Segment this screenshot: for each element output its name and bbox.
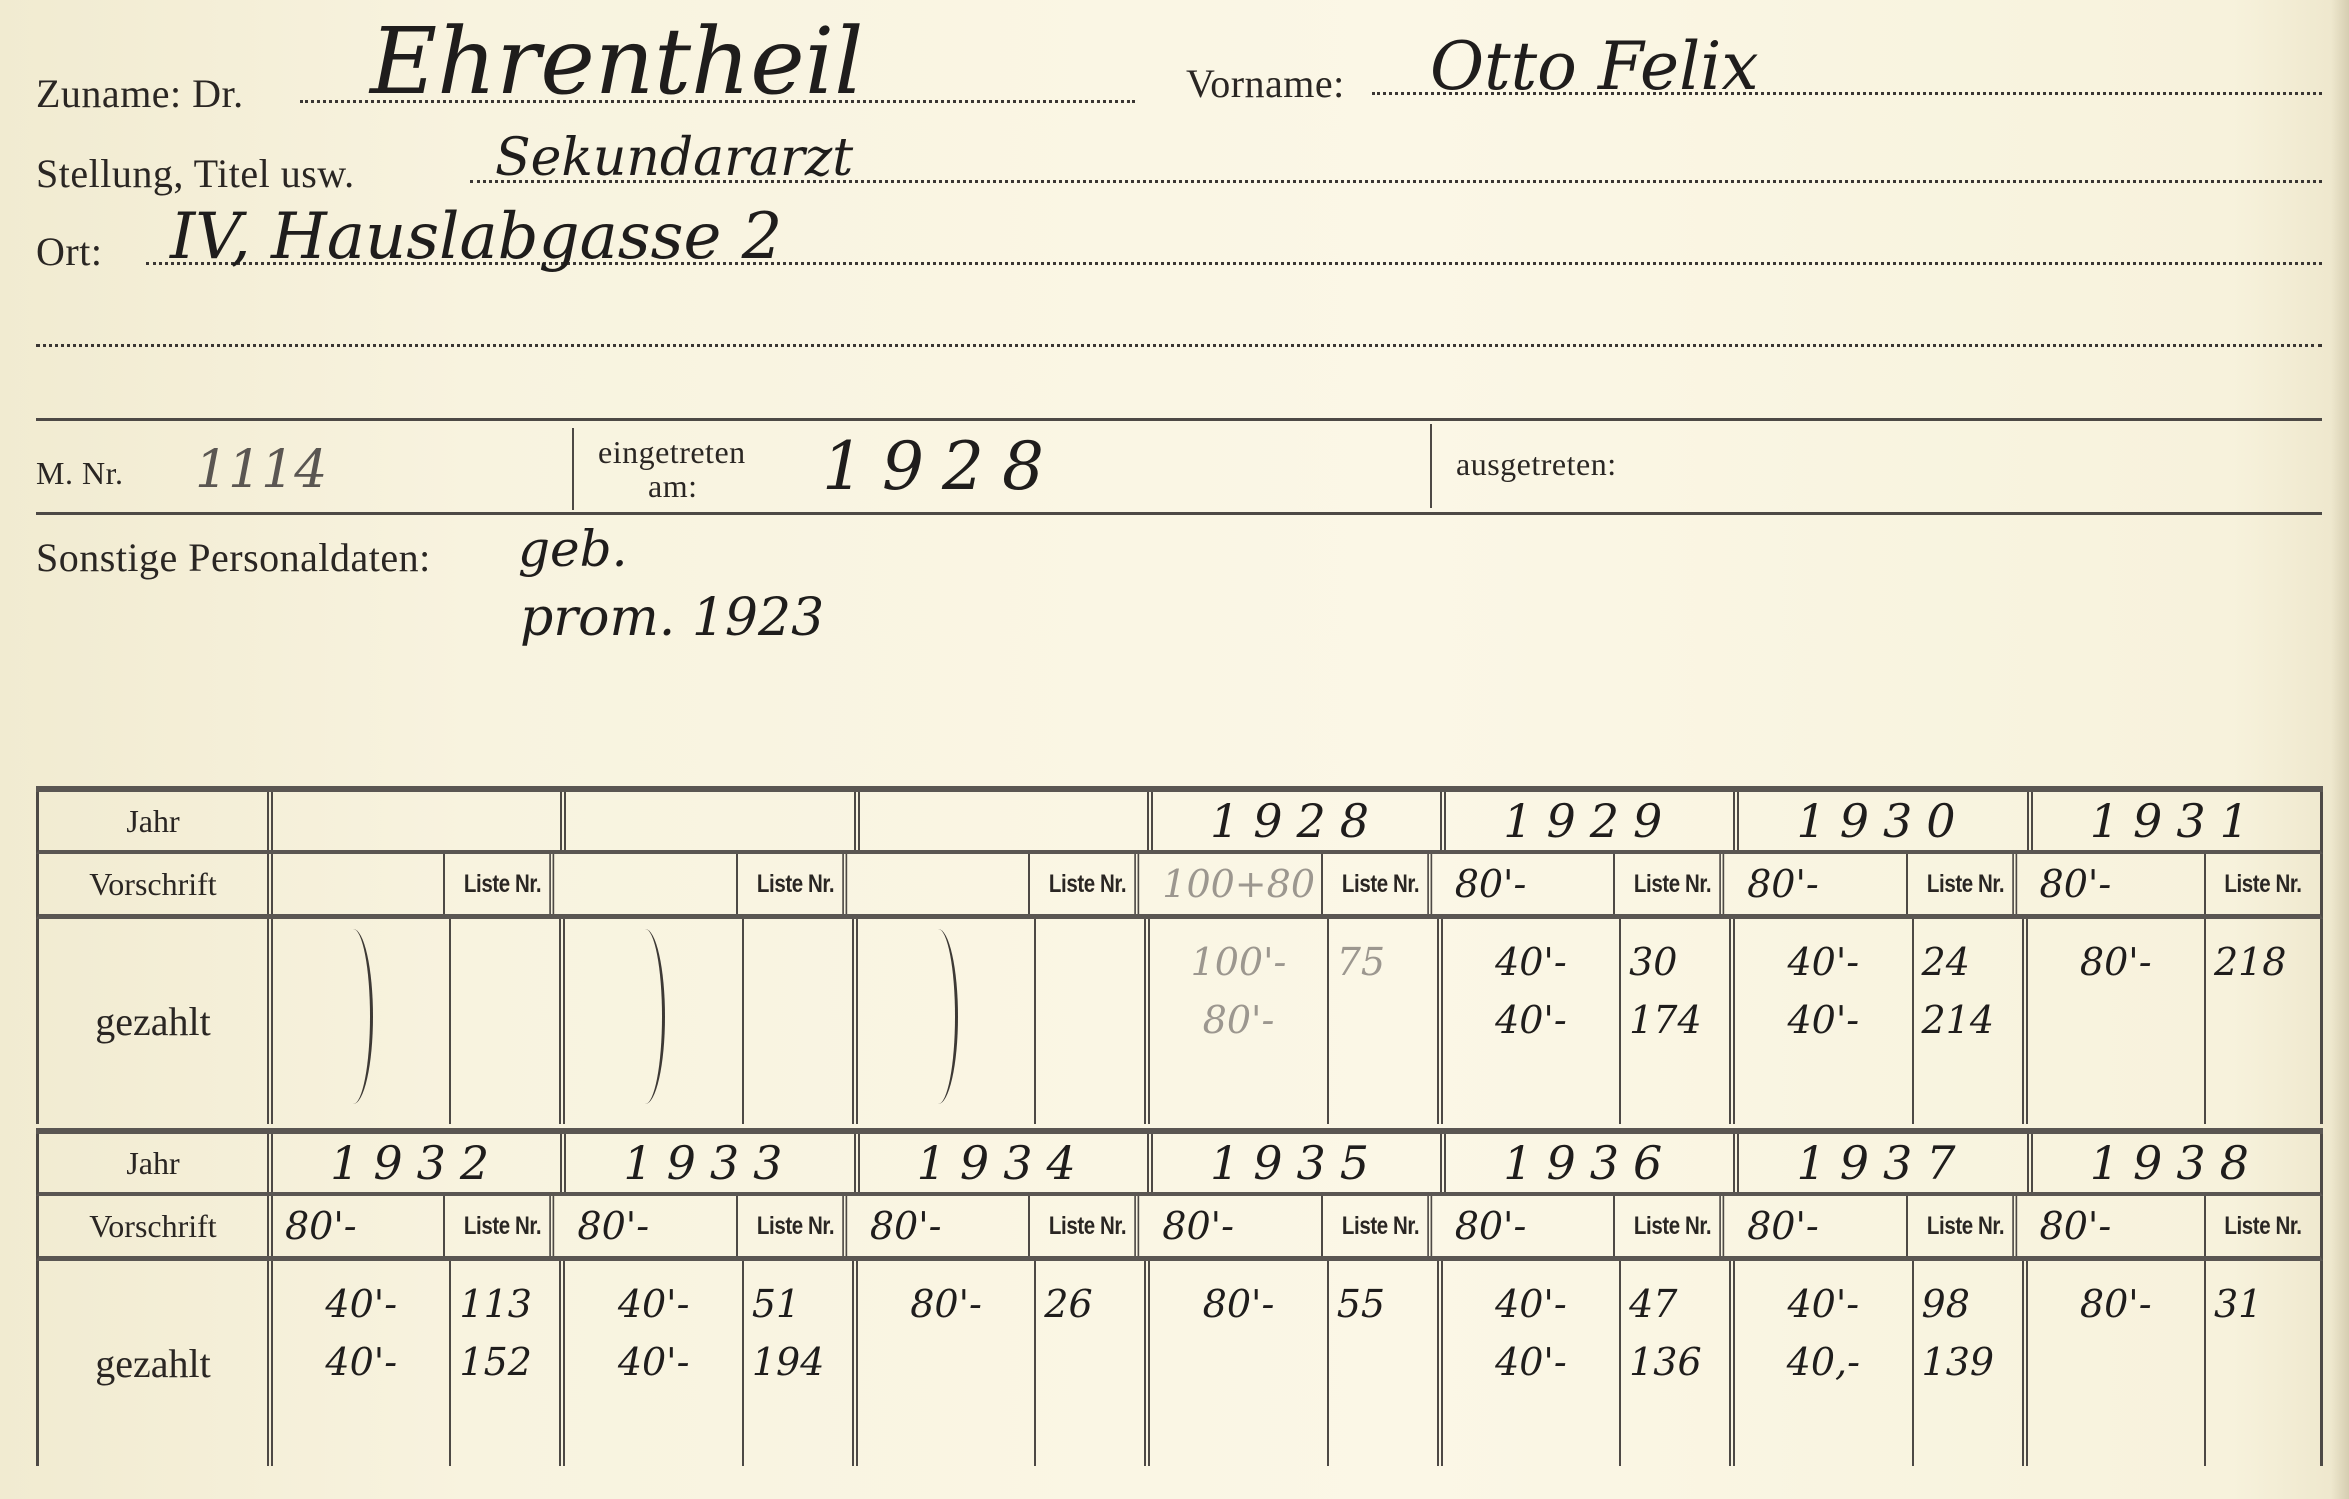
vorschrift-amount-cell: 80'-: [273, 1196, 445, 1256]
year-cell: 1933: [566, 1134, 859, 1192]
year-value: 1938: [2090, 1136, 2263, 1190]
rule-top: [36, 418, 2322, 421]
gezahlt-amount: 80'-: [2080, 1275, 2152, 1333]
gezahlt-liste-cell: 218: [2206, 919, 2320, 1124]
liste-number: 152: [459, 1333, 532, 1391]
vorschrift-amount: 80'-: [577, 1204, 649, 1248]
gezahlt-cell: 40'-40'-113152: [273, 1261, 565, 1466]
gezahlt-cell: 40'-40'-30174: [1443, 919, 1735, 1124]
vorschrift-amount: 100+80: [1162, 862, 1315, 906]
gezahlt-amount: 40,-: [1787, 1333, 1860, 1391]
gezahlt-amount-cell: 40'-40'-: [273, 1261, 451, 1466]
gezahlt-liste-cell: 30174: [1621, 919, 1735, 1124]
year-cell: 1934: [860, 1134, 1153, 1192]
strike-brace: [632, 929, 665, 1104]
gezahlt-amount: 80'-: [1203, 1275, 1275, 1333]
vorschrift-amount-cell: 80'-: [1443, 854, 1615, 914]
vorschrift-amount-cell: 80'-: [1150, 1196, 1322, 1256]
gezahlt-liste-cell: 51194: [744, 1261, 858, 1466]
year-cell: 1937: [1739, 1134, 2032, 1192]
zuname-label: Zuname: Dr.: [36, 70, 244, 117]
vorschrift-cell: 100+80Liste Nr.: [1150, 854, 1442, 914]
vorschrift-amount-cell: [565, 854, 737, 914]
stellung-label: Stellung, Titel usw.: [36, 150, 355, 197]
vorschrift-cell: Liste Nr.: [565, 854, 857, 914]
gezahlt-amount-cell: 80'-: [2028, 919, 2206, 1124]
gezahlt-liste-cell: [451, 919, 565, 1124]
vorschrift-amount-cell: 80'-: [2028, 854, 2206, 914]
gezahlt-amount-cell: 40'-40'-: [1443, 919, 1621, 1124]
vorschrift-cell: Liste Nr.: [858, 854, 1150, 914]
membership-card: Zuname: Dr. Ehrentheil Vorname: Otto Fel…: [0, 0, 2349, 1499]
liste-nr-header: Liste Nr.: [2216, 1196, 2309, 1256]
year-value: 1932: [330, 1136, 503, 1190]
gezahlt-liste-cell: 47136: [1621, 1261, 1735, 1466]
year-value: 1928: [1210, 794, 1383, 848]
jahr-label: Jahr: [39, 792, 273, 850]
mnr-label: M. Nr.: [36, 455, 123, 492]
ort-label: Ort:: [36, 228, 102, 275]
gezahlt-amount: 80'-: [1203, 991, 1275, 1049]
liste-number: 51: [752, 1275, 800, 1333]
year-cell: 1928: [1153, 792, 1446, 850]
liste-number: 55: [1337, 1275, 1385, 1333]
gezahlt-row: gezahlt 100'-80'-7540'-40'-3017440'-40'-…: [36, 919, 2323, 1124]
gezahlt-amount-cell: 80'-: [2028, 1261, 2206, 1466]
gezahlt-row: gezahlt 40'-40'-11315240'-40'-5119480'-2…: [36, 1261, 2323, 1466]
vorschrift-amount-cell: 80'-: [1735, 1196, 1907, 1256]
liste-number: 98: [1922, 1275, 1970, 1333]
strike-brace: [925, 929, 958, 1104]
gezahlt-cell: 80'-26: [858, 1261, 1150, 1466]
gezahlt-amount: 80'-: [910, 1275, 982, 1333]
vorschrift-cell: 80'-Liste Nr.: [565, 1196, 857, 1256]
gezahlt-liste-cell: [744, 919, 858, 1124]
liste-nr-header: Liste Nr.: [456, 854, 554, 914]
divider-2: [1430, 424, 1432, 508]
vorschrift-cell: 80'-Liste Nr.: [1443, 854, 1735, 914]
gezahlt-amount-cell: 40'-40'-: [1735, 919, 1913, 1124]
gezahlt-liste-cell: 98139: [1914, 1261, 2028, 1466]
year-value: 1931: [2090, 794, 2263, 848]
gezahlt-amount: 40'-: [325, 1275, 397, 1333]
vorschrift-amount-cell: [273, 854, 445, 914]
year-cell: 1930: [1739, 792, 2032, 850]
year-value: 1937: [1797, 1136, 1970, 1190]
year-value: 1929: [1503, 794, 1676, 848]
gezahlt-cell: 40'-40'-47136: [1443, 1261, 1735, 1466]
gezahlt-liste-cell: 24214: [1914, 919, 2028, 1124]
gezahlt-amount: 40'-: [1788, 933, 1860, 991]
vorname-value: Otto Felix: [1430, 28, 1759, 105]
liste-nr-header: Liste Nr.: [1626, 854, 1724, 914]
ausgetreten-label: ausgetreten:: [1456, 446, 1617, 483]
gezahlt-amount: 40'-: [618, 1275, 690, 1333]
gezahlt-amount-cell: [273, 919, 451, 1124]
year-cell: 1929: [1446, 792, 1739, 850]
vorschrift-label: Vorschrift: [39, 1196, 273, 1256]
liste-number: 113: [459, 1275, 532, 1333]
liste-nr-header: Liste Nr.: [749, 854, 847, 914]
vorschrift-amount-cell: 80'-: [565, 1196, 737, 1256]
jahr-label: Jahr: [39, 1134, 273, 1192]
gezahlt-label: gezahlt: [39, 919, 273, 1124]
year-cell: 1938: [2033, 1134, 2320, 1192]
vorschrift-amount-cell: 100+80: [1150, 854, 1322, 914]
zuname-value: Ehrentheil: [370, 8, 864, 115]
vorschrift-amount: 80'-: [1747, 1204, 1819, 1248]
gezahlt-liste-cell: [1036, 919, 1150, 1124]
gezahlt-amount: 80'-: [2080, 933, 2152, 991]
vorschrift-cell: 80'-Liste Nr.: [2028, 854, 2320, 914]
vorschrift-amount-cell: 80'-: [2028, 1196, 2206, 1256]
liste-nr-header: Liste Nr.: [1626, 1196, 1724, 1256]
gezahlt-amount: 40'-: [1788, 1275, 1860, 1333]
gezahlt-amount-cell: 40'-40,-: [1735, 1261, 1913, 1466]
liste-number: 31: [2214, 1275, 2262, 1333]
gezahlt-amount-cell: 40'-40'-: [1443, 1261, 1621, 1466]
liste-number: 30: [1629, 933, 1677, 991]
liste-nr-header: Liste Nr.: [1918, 1196, 2016, 1256]
vorschrift-row: Vorschrift Liste Nr.Liste Nr.Liste Nr.10…: [36, 854, 2323, 919]
liste-nr-header: Liste Nr.: [1041, 1196, 1139, 1256]
liste-nr-header: Liste Nr.: [456, 1196, 554, 1256]
vorschrift-amount: 80'-: [2040, 862, 2112, 906]
vorschrift-amount: 80'-: [285, 1204, 357, 1248]
personal-prom: prom. 1923: [520, 588, 824, 648]
year-cell: 1936: [1446, 1134, 1739, 1192]
gezahlt-cell: 80'-31: [2028, 1261, 2320, 1466]
gezahlt-amount: 40'-: [1495, 933, 1567, 991]
liste-nr-header: Liste Nr.: [1918, 854, 2016, 914]
vorschrift-cell: Liste Nr.: [273, 854, 565, 914]
vorschrift-amount: 80'-: [2040, 1204, 2112, 1248]
vorname-label: Vorname:: [1186, 60, 1345, 107]
payment-table-1928-1931: Jahr 1928192919301931 Vorschrift Liste N…: [36, 786, 2323, 1124]
gezahlt-amount: 40'-: [1788, 991, 1860, 1049]
gezahlt-amount: 40'-: [325, 1333, 397, 1391]
vorschrift-cell: 80'-Liste Nr.: [1150, 1196, 1442, 1256]
vorschrift-amount-cell: 80'-: [858, 1196, 1030, 1256]
gezahlt-amount: 40'-: [1495, 1333, 1567, 1391]
eingetreten-label: eingetreten: [598, 434, 746, 471]
vorschrift-cell: 80'-Liste Nr.: [1735, 854, 2027, 914]
gezahlt-amount: 40'-: [1495, 991, 1567, 1049]
gezahlt-amount-cell: 40'-40'-: [565, 1261, 743, 1466]
liste-nr-header: Liste Nr.: [749, 1196, 847, 1256]
vorschrift-cell: 80'-Liste Nr.: [858, 1196, 1150, 1256]
year-value: 1933: [623, 1136, 796, 1190]
vorschrift-amount: 80'-: [1747, 862, 1819, 906]
gezahlt-amount: 40'-: [618, 1333, 690, 1391]
rule-bottom: [36, 512, 2322, 515]
vorschrift-cell: 80'-Liste Nr.: [1735, 1196, 2027, 1256]
year-cell: [273, 792, 566, 850]
gezahlt-amount-cell: [565, 919, 743, 1124]
year-cell: 1931: [2033, 792, 2320, 850]
gezahlt-cell: 40'-40,-98139: [1735, 1261, 2027, 1466]
liste-nr-header: Liste Nr.: [1041, 854, 1139, 914]
gezahlt-liste-cell: 26: [1036, 1261, 1150, 1466]
liste-nr-header: Liste Nr.: [1333, 1196, 1431, 1256]
gezahlt-amount-cell: 80'-: [858, 1261, 1036, 1466]
year-cell: 1935: [1153, 1134, 1446, 1192]
gezahlt-liste-cell: 113152: [451, 1261, 565, 1466]
vorschrift-row: Vorschrift 80'-Liste Nr.80'-Liste Nr.80'…: [36, 1196, 2323, 1261]
year-value: 1934: [917, 1136, 1090, 1190]
liste-number: 139: [1922, 1333, 1995, 1391]
eingetreten-value: 1928: [822, 428, 1062, 505]
vorschrift-cell: 80'-Liste Nr.: [1443, 1196, 1735, 1256]
gezahlt-cell: 100'-80'-75: [1150, 919, 1442, 1124]
gezahlt-cell: [273, 919, 565, 1124]
liste-nr-header: Liste Nr.: [2216, 854, 2309, 914]
vorschrift-amount-cell: 80'-: [1735, 854, 1907, 914]
vorschrift-amount-cell: [858, 854, 1030, 914]
eingetreten-am-label: am:: [648, 468, 697, 505]
gezahlt-cell: 40'-40'-24214: [1735, 919, 2027, 1124]
gezahlt-amount: 100'-: [1191, 933, 1287, 991]
year-value: 1936: [1503, 1136, 1676, 1190]
liste-number: 214: [1922, 991, 1995, 1049]
gezahlt-liste-cell: 55: [1329, 1261, 1443, 1466]
year-value: 1935: [1210, 1136, 1383, 1190]
liste-number: 136: [1629, 1333, 1702, 1391]
gezahlt-liste-cell: 31: [2206, 1261, 2320, 1466]
vorschrift-amount: 80'-: [1455, 862, 1527, 906]
jahr-row: Jahr 1928192919301931: [36, 792, 2323, 854]
ort-value: IV, Hauslabgasse 2: [170, 200, 782, 274]
vorschrift-amount: 80'-: [1162, 1204, 1234, 1248]
year-cell: [566, 792, 859, 850]
jahr-row: Jahr 1932193319341935193619371938: [36, 1134, 2323, 1196]
personal-label: Sonstige Personaldaten:: [36, 534, 431, 581]
liste-number: 174: [1629, 991, 1702, 1049]
vorschrift-amount: 80'-: [870, 1204, 942, 1248]
gezahlt-label: gezahlt: [39, 1261, 273, 1466]
vorschrift-amount: 80'-: [1455, 1204, 1527, 1248]
vorschrift-label: Vorschrift: [39, 854, 273, 914]
year-cell: [860, 792, 1153, 850]
divider-1: [572, 428, 574, 510]
stellung-value: Sekundararzt: [495, 128, 853, 188]
mnr-value: 1114: [195, 440, 327, 500]
gezahlt-amount: 40'-: [1495, 1275, 1567, 1333]
liste-number: 218: [2214, 933, 2287, 991]
gezahlt-cell: 40'-40'-51194: [565, 1261, 857, 1466]
vorschrift-amount-cell: 80'-: [1443, 1196, 1615, 1256]
vorschrift-cell: 80'-Liste Nr.: [273, 1196, 565, 1256]
extra-line: [36, 344, 2322, 347]
gezahlt-liste-cell: 75: [1329, 919, 1443, 1124]
vorschrift-cell: 80'-Liste Nr.: [2028, 1196, 2320, 1256]
gezahlt-cell: 80'-55: [1150, 1261, 1442, 1466]
liste-number: 26: [1044, 1275, 1092, 1333]
gezahlt-cell: [565, 919, 857, 1124]
payment-table-1932-1938: Jahr 1932193319341935193619371938 Vorsch…: [36, 1128, 2323, 1466]
liste-number: 47: [1629, 1275, 1677, 1333]
gezahlt-cell: 80'-218: [2028, 919, 2320, 1124]
liste-number: 194: [752, 1333, 825, 1391]
liste-number: 75: [1337, 933, 1385, 991]
liste-number: 24: [1922, 933, 1970, 991]
gezahlt-amount-cell: 80'-: [1150, 1261, 1328, 1466]
strike-brace: [340, 929, 373, 1104]
personal-geb: geb.: [518, 520, 628, 578]
year-cell: 1932: [273, 1134, 566, 1192]
liste-nr-header: Liste Nr.: [1333, 854, 1431, 914]
gezahlt-cell: [858, 919, 1150, 1124]
gezahlt-amount-cell: [858, 919, 1036, 1124]
gezahlt-amount-cell: 100'-80'-: [1150, 919, 1328, 1124]
year-value: 1930: [1797, 794, 1970, 848]
